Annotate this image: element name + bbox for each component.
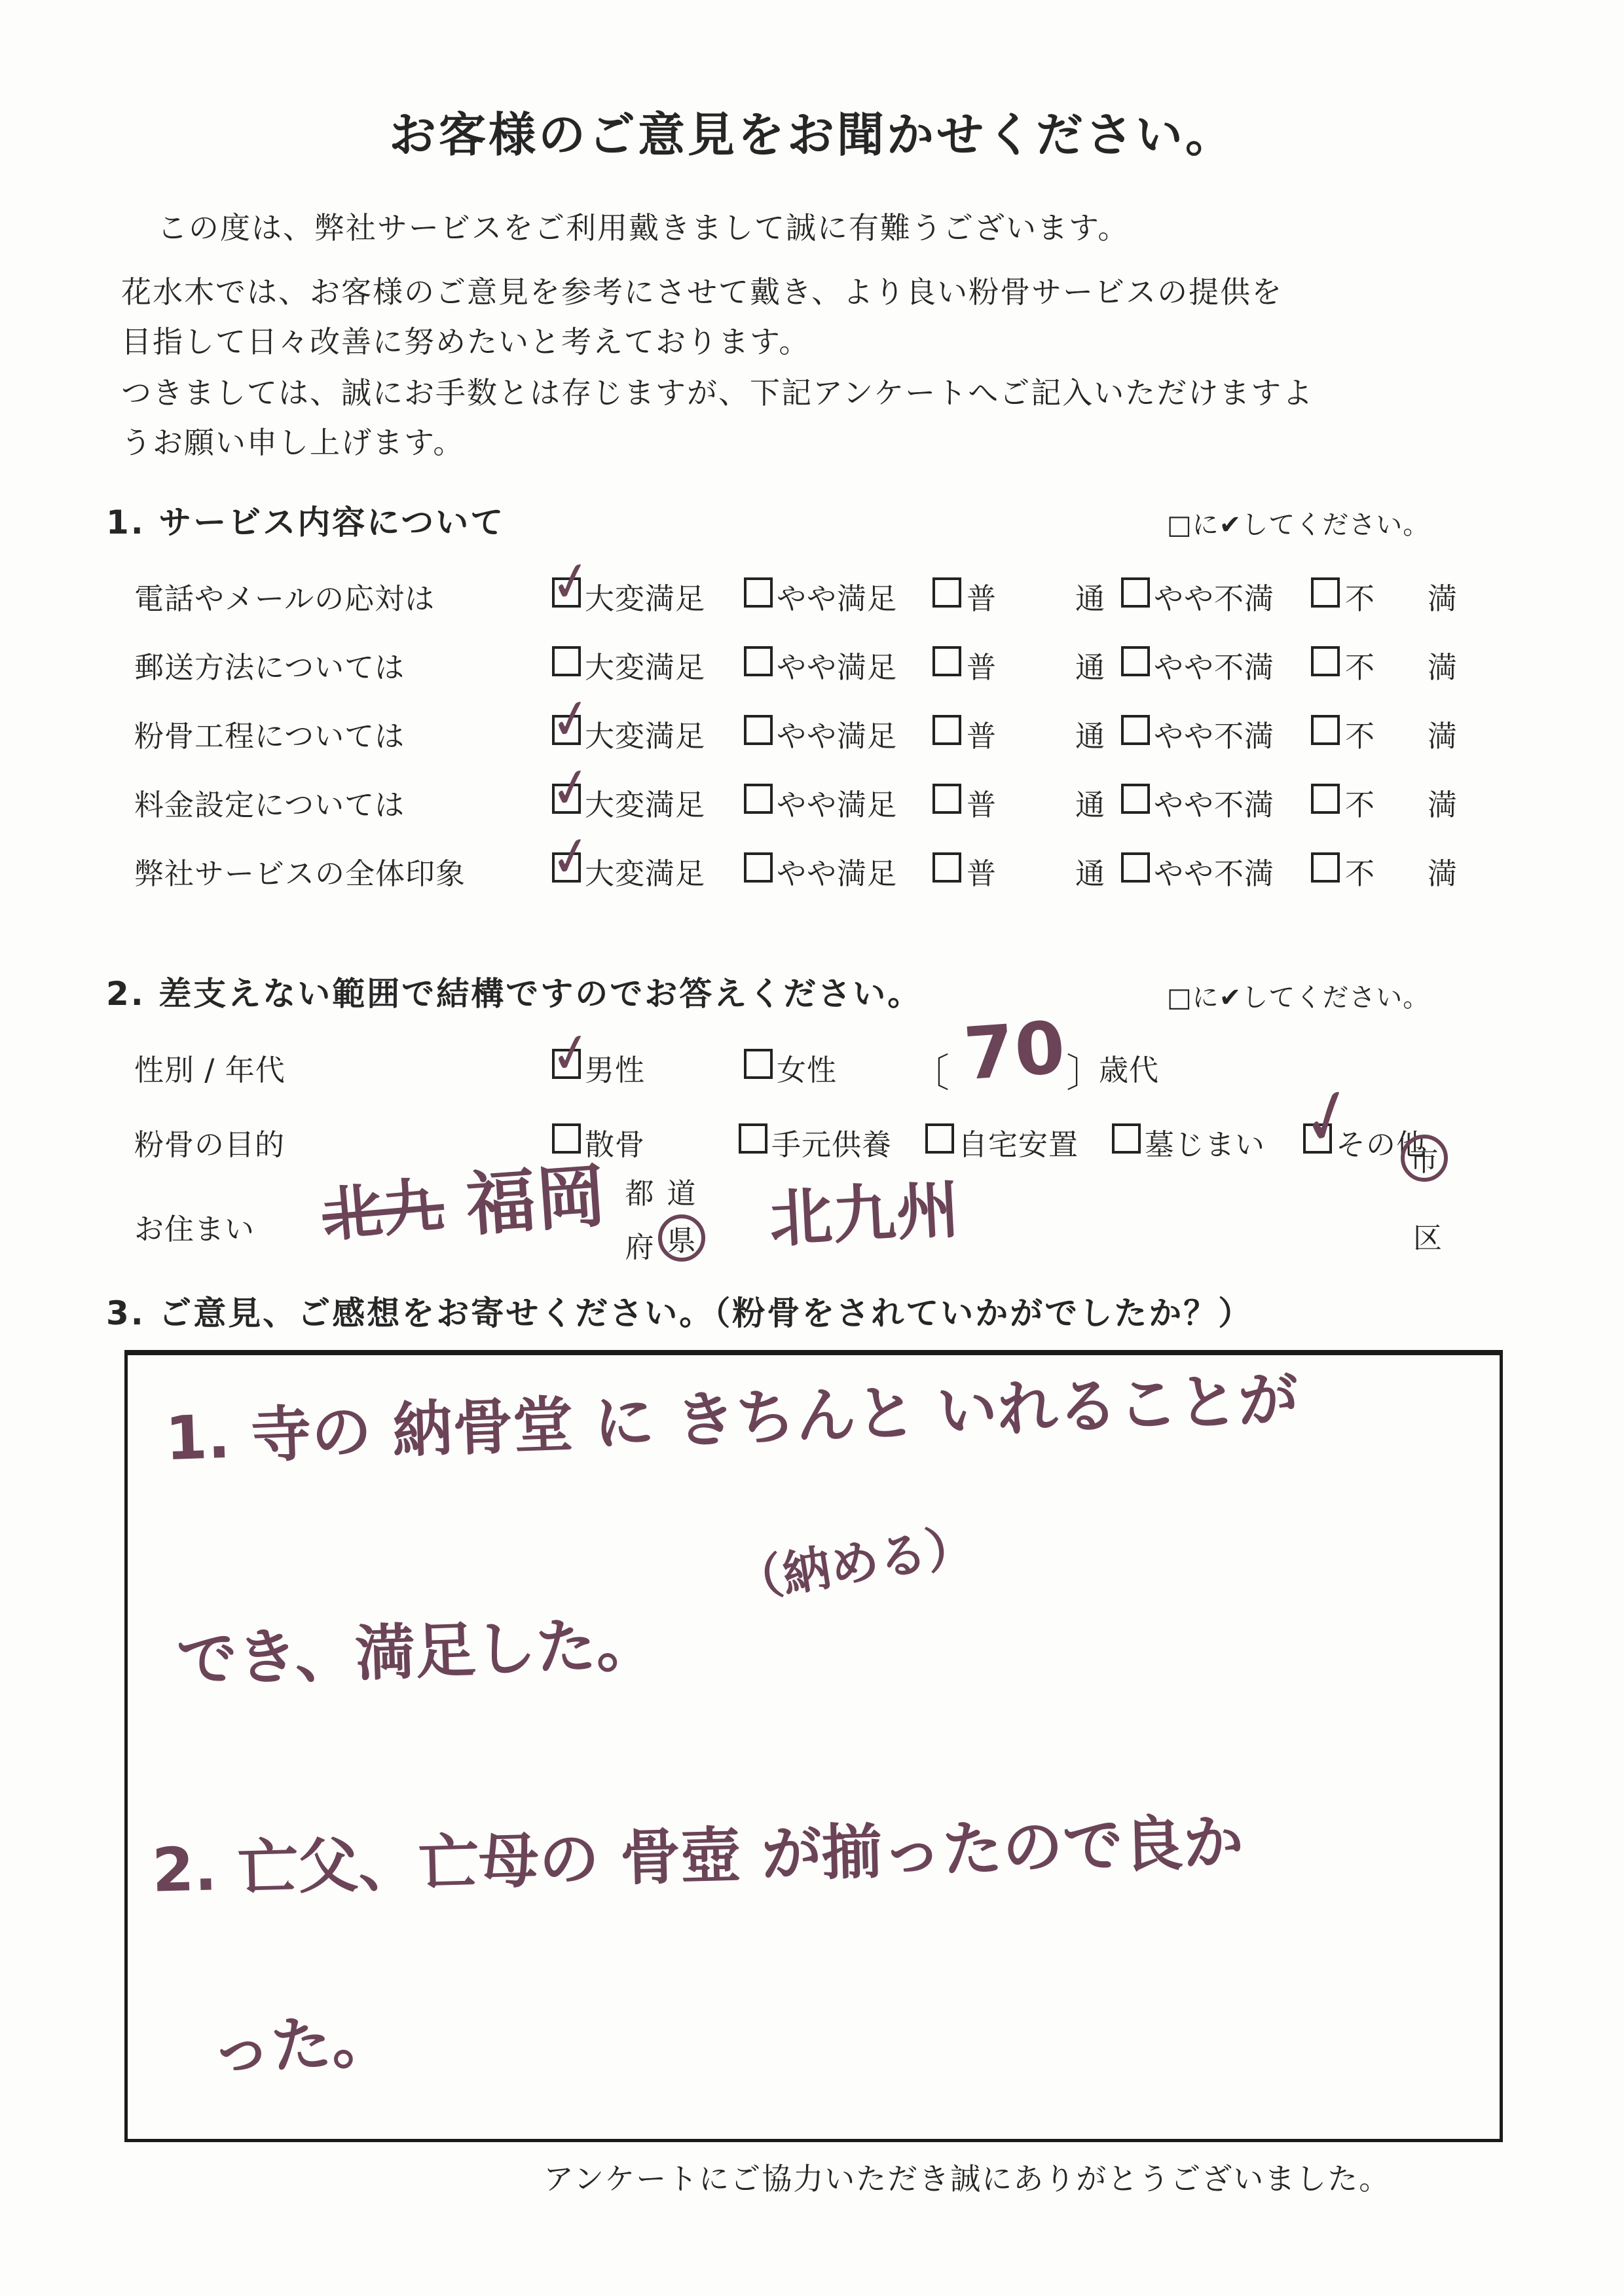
option-label: 普 (967, 575, 997, 617)
option-label: 手元供養 (771, 1121, 892, 1163)
option-label: やや不満 (1154, 781, 1274, 824)
checkbox-very-satisfied[interactable]: ✓ (552, 852, 581, 883)
intro-paragraph-2-line-2: 目指して日々改善に努めたいと考えております。 (121, 318, 810, 361)
prefecture-type-selector: 都 道 府 県 (621, 1170, 701, 1266)
comment-2-line-2: った。 (209, 2009, 394, 2081)
option-label: 通 (1075, 781, 1105, 824)
option-label: 普 (967, 781, 997, 824)
option-label: 普 (967, 644, 997, 686)
checkbox-somewhat-dissatisfied[interactable]: ✓ (1121, 784, 1150, 814)
question-label: 弊社サービスの全体印象 (134, 850, 466, 892)
footer-thanks: アンケートにご協力いただき誠にありがとうございました。 (544, 2155, 1390, 2198)
checkbox-very-satisfied[interactable]: ✓ (552, 646, 581, 676)
checkbox-male[interactable]: ✓ (552, 1049, 581, 1079)
option-label: 満 (1428, 644, 1458, 686)
section3-heading: 3. ご意見、ご感想をお寄せください。（粉骨をされていかがでしたか？） (106, 1287, 1253, 1334)
checkbox-dissatisfied[interactable]: ✓ (1311, 715, 1340, 745)
char-ken-circled: 県 (658, 1214, 705, 1262)
option-label: 満 (1428, 712, 1458, 755)
checkbox-very-satisfied[interactable]: ✓ (552, 715, 581, 745)
question-label: お住まい (134, 1205, 255, 1248)
option-label: 墓じまい (1145, 1121, 1265, 1163)
section2-heading: 2. 差支えない範囲で結構ですのでお答えください。 (106, 968, 922, 1015)
char-shi-circled: 市 (1401, 1135, 1448, 1182)
rating-row-pricing: 料金設定については ✓ 大変満足 ✓ やや満足 ✓ 普 通 ✓ やや不満 ✓ 不… (0, 781, 1624, 827)
checkbox-somewhat-dissatisfied[interactable]: ✓ (1121, 646, 1150, 676)
question-label: 郵送方法については (134, 644, 405, 686)
option-label: 大変満足 (585, 781, 705, 824)
option-label: やや満足 (777, 644, 897, 686)
intro-paragraph-2-line-1: 花水木では、お客様のご意見を参考にさせて戴き、より良い粉骨サービスの提供を (121, 268, 1283, 312)
option-label: 通 (1075, 850, 1105, 892)
option-label: やや満足 (777, 781, 897, 824)
checkbox-dissatisfied[interactable]: ✓ (1311, 577, 1340, 608)
char-fu: 府 (621, 1224, 659, 1266)
checkbox-home-memorial[interactable]: ✓ (739, 1123, 767, 1154)
question-label: 料金設定については (134, 781, 405, 824)
section2-check-instruction: □に✔してください。 (1167, 977, 1430, 1014)
checkbox-scattering[interactable]: ✓ (552, 1123, 581, 1154)
option-label: やや不満 (1154, 575, 1274, 617)
checkbox-very-satisfied[interactable]: ✓ (552, 784, 581, 814)
question-label: 電話やメールの応対は (134, 575, 435, 617)
option-label: 不 (1345, 712, 1375, 755)
question-label: 性別 / 年代 (134, 1046, 286, 1089)
checkbox-somewhat-satisfied[interactable]: ✓ (744, 577, 773, 608)
checkbox-female[interactable]: ✓ (744, 1049, 773, 1079)
option-label: 普 (967, 850, 997, 892)
option-label: 大変満足 (585, 712, 705, 755)
option-label: 不 (1345, 575, 1375, 617)
checkbox-home-placement[interactable]: ✓ (925, 1123, 954, 1154)
option-label: 不 (1345, 644, 1375, 686)
option-label: やや不満 (1154, 644, 1274, 686)
checkbox-grave-closing[interactable]: ✓ (1112, 1123, 1141, 1154)
option-label-female: 女性 (777, 1046, 837, 1089)
checkbox-somewhat-dissatisfied[interactable]: ✓ (1121, 852, 1150, 883)
checkbox-neutral[interactable]: ✓ (932, 577, 961, 608)
question-label: 粉骨工程については (134, 712, 405, 755)
survey-form-scan: お客様のご意見をお聞かせください。 この度は、弊社サービスをご利用戴きまして誠に… (0, 0, 1624, 2296)
option-label: 普 (967, 712, 997, 755)
checkbox-somewhat-satisfied[interactable]: ✓ (744, 715, 773, 745)
option-label: 大変満足 (585, 575, 705, 617)
checkbox-dissatisfied[interactable]: ✓ (1311, 852, 1340, 883)
age-handwritten-value: 70 (961, 1011, 1067, 1091)
city-type-selector: 市 (1405, 1144, 1443, 1178)
option-label: 自宅安置 (958, 1121, 1079, 1163)
option-label: やや不満 (1154, 712, 1274, 755)
option-label: 満 (1428, 781, 1458, 824)
gender-age-row: 性別 / 年代 ✓ 男性 ✓ 女性 〔 70 〕 歳代 (0, 1046, 1624, 1092)
crossed-out-handwriting: 北九 (320, 1175, 446, 1246)
checkbox-very-satisfied[interactable]: ✓ (552, 577, 581, 608)
section1-heading: 1. サービス内容について (106, 496, 505, 543)
option-label-male: 男性 (585, 1046, 645, 1089)
option-label: 不 (1345, 781, 1375, 824)
rating-row-shipping: 郵送方法については ✓ 大変満足 ✓ やや満足 ✓ 普 通 ✓ やや不満 ✓ 不… (0, 644, 1624, 689)
checkbox-dissatisfied[interactable]: ✓ (1311, 784, 1340, 814)
checkbox-somewhat-satisfied[interactable]: ✓ (744, 646, 773, 676)
option-label: やや不満 (1154, 850, 1274, 892)
option-label: 通 (1075, 712, 1105, 755)
checkbox-neutral[interactable]: ✓ (932, 852, 961, 883)
checkbox-somewhat-satisfied[interactable]: ✓ (744, 784, 773, 814)
option-label: 通 (1075, 575, 1105, 617)
rating-row-crushing-process: 粉骨工程については ✓ 大変満足 ✓ やや満足 ✓ 普 通 ✓ やや不満 ✓ 不… (0, 712, 1624, 758)
checkbox-dissatisfied[interactable]: ✓ (1311, 646, 1340, 676)
section1-check-instruction: □に✔してください。 (1167, 504, 1430, 541)
char-ku: 区 (1413, 1214, 1443, 1256)
purpose-row: 粉骨の目的 ✓ 散骨 ✓ 手元供養 ✓ 自宅安置 ✓ 墓じまい ✓ その他 (0, 1121, 1624, 1167)
rating-row-overall-impression: 弊社サービスの全体印象 ✓ 大変満足 ✓ やや満足 ✓ 普 通 ✓ やや不満 ✓… (0, 850, 1624, 896)
intro-paragraph-3-line-2: うお願い申し上げます。 (121, 419, 464, 462)
option-label: 大変満足 (585, 644, 705, 686)
checkbox-somewhat-dissatisfied[interactable]: ✓ (1121, 715, 1150, 745)
rating-row-phone-email: 電話やメールの応対は ✓ 大変満足 ✓ やや満足 ✓ 普 通 ✓ やや不満 ✓ … (0, 575, 1624, 621)
option-label: やや満足 (777, 712, 897, 755)
prefecture-handwritten-value: 福岡 (464, 1161, 609, 1241)
comment-1-line-2: でき、満足した。 (176, 1614, 657, 1691)
page-title: お客様のご意見をお聞かせください。 (0, 97, 1624, 165)
intro-paragraph-3-line-1: つきましては、誠にお手数とは存じますが、下記アンケートへご記入いただけますよ (121, 369, 1314, 412)
city-handwritten-value: 北九州 (768, 1178, 962, 1250)
option-label: 大変満足 (585, 850, 705, 892)
option-label: 満 (1428, 575, 1458, 617)
checkbox-somewhat-dissatisfied[interactable]: ✓ (1121, 577, 1150, 608)
option-label: やや満足 (777, 850, 897, 892)
option-label: やや満足 (777, 575, 897, 617)
option-label: 不 (1345, 850, 1375, 892)
char-dou: 道 (663, 1170, 701, 1212)
question-label: 粉骨の目的 (134, 1121, 285, 1163)
intro-paragraph-1: この度は、弊社サービスをご利用戴きまして誠に有難うございます。 (157, 204, 1129, 247)
checkbox-neutral[interactable]: ✓ (932, 715, 961, 745)
option-label: 満 (1428, 850, 1458, 892)
age-suffix-label: 歳代 (1099, 1046, 1159, 1089)
checkbox-somewhat-satisfied[interactable]: ✓ (744, 852, 773, 883)
checkbox-other[interactable]: ✓ (1303, 1123, 1332, 1154)
checkbox-neutral[interactable]: ✓ (932, 784, 961, 814)
char-to: 都 (621, 1170, 659, 1212)
residence-row: お住まい 北九 福岡 都 道 府 県 北九州 市 区 (0, 1188, 1624, 1273)
option-label: 通 (1075, 644, 1105, 686)
checkbox-neutral[interactable]: ✓ (932, 646, 961, 676)
age-bracket-open: 〔 (910, 1042, 950, 1099)
